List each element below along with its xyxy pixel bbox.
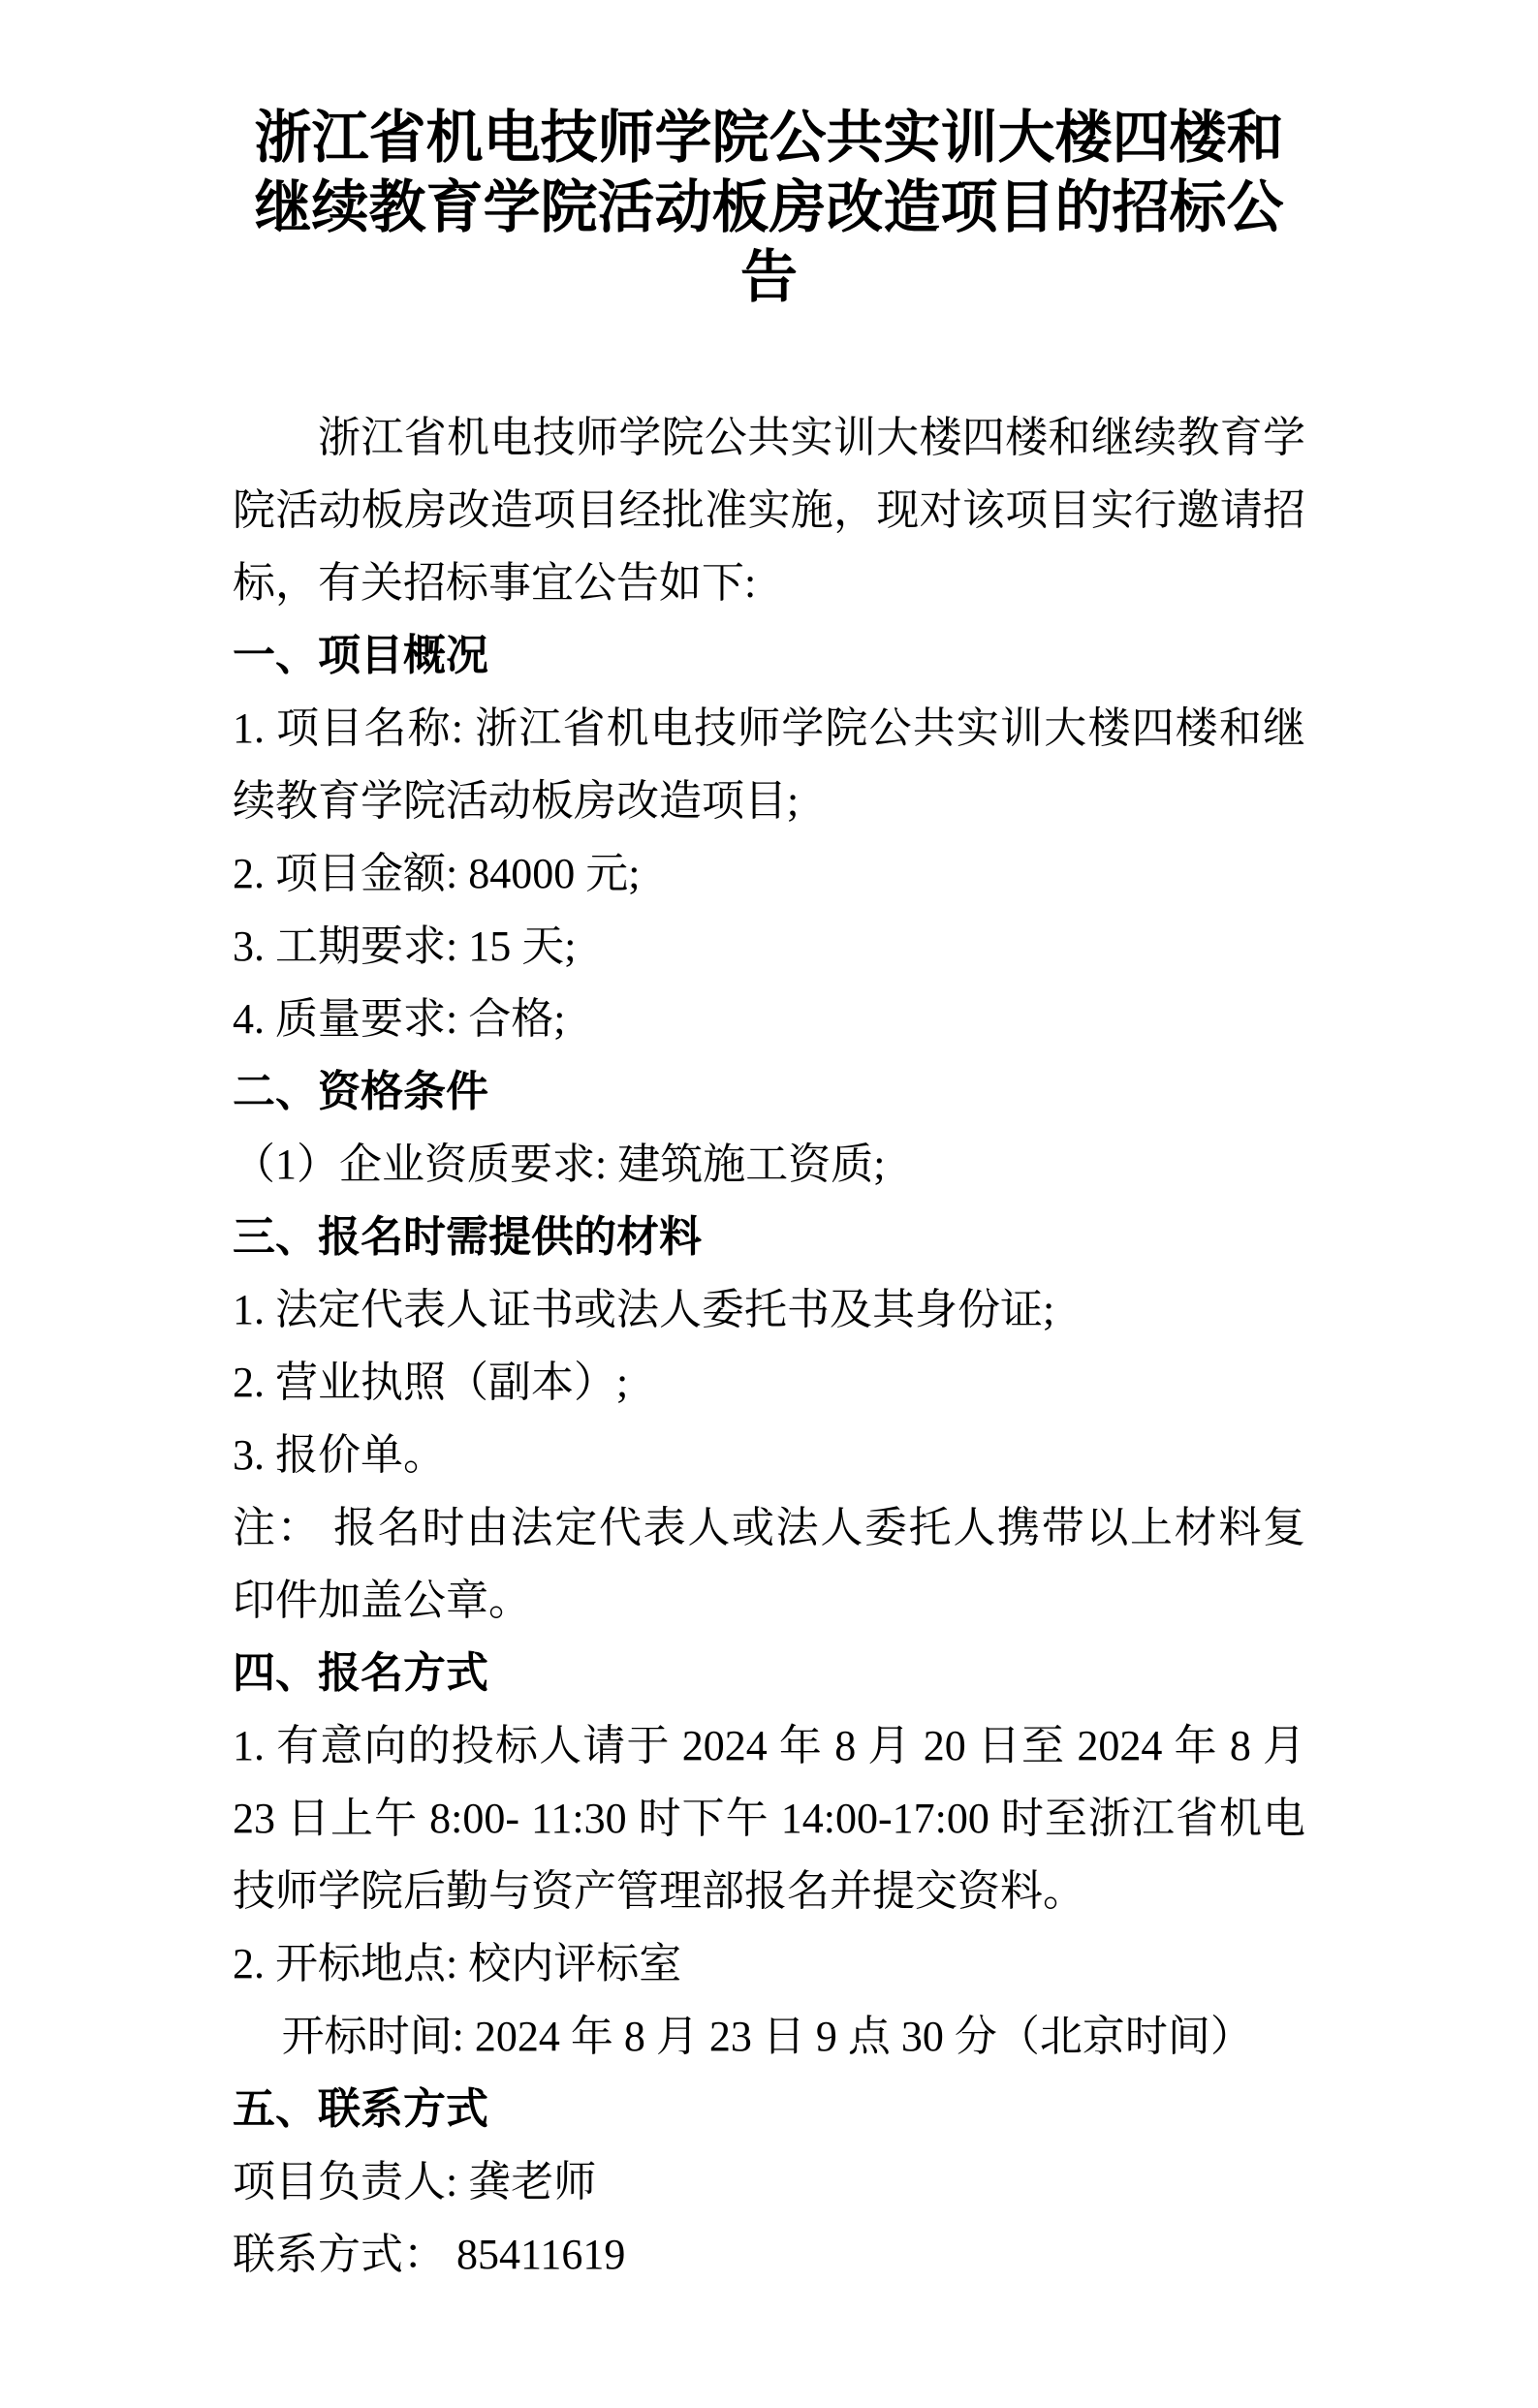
heading-qualification: 二、资格条件 <box>233 1055 1305 1128</box>
item-duration-requirement: 3. 工期要求: 15 天; <box>233 910 1305 983</box>
heading-project-overview: 一、项目概况 <box>233 619 1305 692</box>
heading-required-materials: 三、报名时需提供的材料 <box>233 1201 1305 1273</box>
contact-person: 项目负责人: 龚老师 <box>233 2145 1305 2218</box>
item-material-license: 2. 营业执照（副本）; <box>233 1346 1305 1419</box>
document-page: 浙江省机电技师学院公共实训大楼四楼和继续教育学院活动板房改造项目的招标公告 浙江… <box>0 0 1538 2408</box>
para-note: 注： 报名时由法定代表人或法人委托人携带以上材料复印件加盖公章。 <box>233 1491 1305 1637</box>
heading-registration-method: 四、报名方式 <box>233 1637 1305 1709</box>
item-material-quotation: 3. 报价单。 <box>233 1419 1305 1491</box>
para-intro: 浙江省机电技师学院公共实训大楼四楼和继续教育学院活动板房改造项目经批准实施，现对… <box>233 401 1305 619</box>
item-project-name: 1. 项目名称: 浙江省机电技师学院公共实训大楼四楼和继续教育学院活动板房改造项… <box>233 692 1305 837</box>
item-material-certificate: 1. 法定代表人证书或法人委托书及其身份证; <box>233 1273 1305 1346</box>
item-enterprise-qualification: （1）企业资质要求: 建筑施工资质; <box>233 1128 1305 1201</box>
item-registration-time: 1. 有意向的投标人请于 2024 年 8 月 20 日至 2024 年 8 月… <box>233 1709 1305 1927</box>
item-bid-opening-location: 2. 开标地点: 校内评标室 <box>233 1927 1305 2000</box>
contact-phone: 联系方式： 85411619 <box>233 2218 1305 2291</box>
heading-contact: 五、联系方式 <box>233 2073 1305 2145</box>
item-quality-requirement: 4. 质量要求: 合格; <box>233 983 1305 1055</box>
item-project-amount: 2. 项目金额: 84000 元; <box>233 837 1305 910</box>
line-bid-opening-time: 开标时间: 2024 年 8 月 23 日 9 点 30 分（北京时间） <box>233 2000 1305 2073</box>
document-title: 浙江省机电技师学院公共实训大楼四楼和继续教育学院活动板房改造项目的招标公告 <box>233 103 1305 312</box>
